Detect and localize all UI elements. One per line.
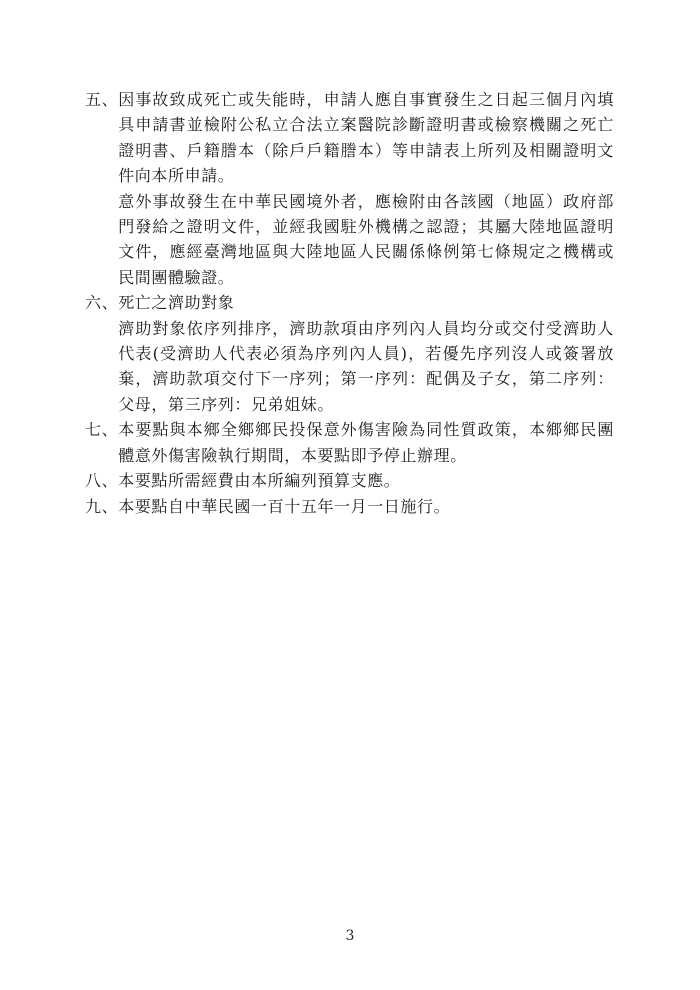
document-page: 五、 因事故致成死亡或失能時，申請人應自事實發生之日起三個月內填具申請書並檢附公… [0, 0, 700, 990]
item-number: 九、 [85, 494, 118, 519]
paragraph: 因事故致成死亡或失能時，申請人應自事實發生之日起三個月內填具申請書並檢附公私立合… [118, 87, 614, 189]
paragraph: 死亡之濟助對象 [118, 290, 614, 315]
paragraph: 本要點所需經費由本所編列預算支應。 [118, 468, 614, 493]
document-body: 五、 因事故致成死亡或失能時，申請人應自事實發生之日起三個月內填具申請書並檢附公… [85, 87, 614, 519]
doc-item-9: 九、 本要點自中華民國一百十五年一月一日施行。 [85, 494, 614, 519]
paragraph: 濟助對象依序列排序，濟助款項由序列內人員均分或交付受濟助人代表(受濟助人代表必須… [118, 316, 614, 418]
item-text-block: 本要點與本鄉全鄉鄉民投保意外傷害險為同性質政策，本鄉鄉民團體意外傷害險執行期間，… [118, 417, 614, 468]
doc-item-6: 六、 死亡之濟助對象 濟助對象依序列排序，濟助款項由序列內人員均分或交付受濟助人… [85, 290, 614, 417]
item-text-block: 死亡之濟助對象 濟助對象依序列排序，濟助款項由序列內人員均分或交付受濟助人代表(… [118, 290, 614, 417]
item-number: 五、 [85, 87, 118, 112]
item-number: 六、 [85, 290, 118, 315]
paragraph: 本要點與本鄉全鄉鄉民投保意外傷害險為同性質政策，本鄉鄉民團體意外傷害險執行期間，… [118, 417, 614, 468]
item-number: 七、 [85, 417, 118, 442]
paragraph: 意外事故發生在中華民國境外者，應檢附由各該國（地區）政府部門發給之證明文件，並經… [118, 189, 614, 291]
paragraph: 本要點自中華民國一百十五年一月一日施行。 [118, 494, 614, 519]
item-text-block: 本要點所需經費由本所編列預算支應。 [118, 468, 614, 493]
doc-item-5: 五、 因事故致成死亡或失能時，申請人應自事實發生之日起三個月內填具申請書並檢附公… [85, 87, 614, 290]
doc-item-8: 八、 本要點所需經費由本所編列預算支應。 [85, 468, 614, 493]
page-number: 3 [0, 927, 700, 945]
item-text-block: 本要點自中華民國一百十五年一月一日施行。 [118, 494, 614, 519]
doc-item-7: 七、 本要點與本鄉全鄉鄉民投保意外傷害險為同性質政策，本鄉鄉民團體意外傷害險執行… [85, 417, 614, 468]
item-text-block: 因事故致成死亡或失能時，申請人應自事實發生之日起三個月內填具申請書並檢附公私立合… [118, 87, 614, 290]
item-number: 八、 [85, 468, 118, 493]
